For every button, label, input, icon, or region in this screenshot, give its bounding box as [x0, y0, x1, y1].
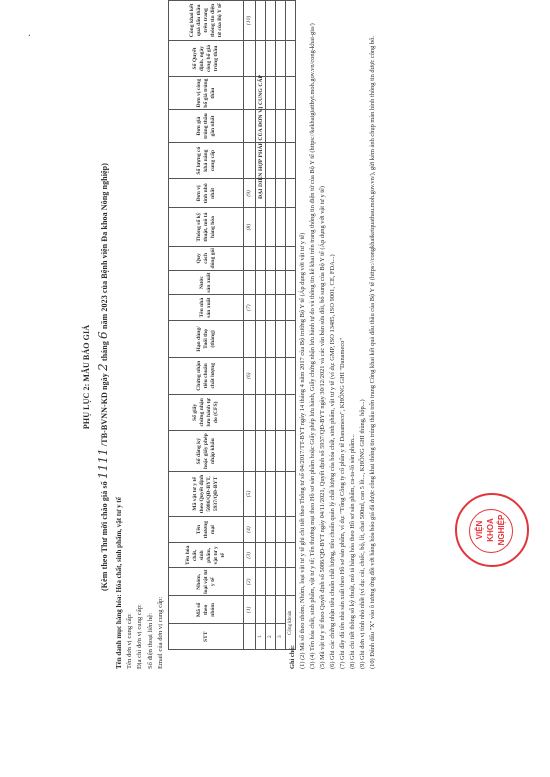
table-cell[interactable] [276, 431, 286, 472]
column-header: Chứng nhận tiêu chuẩn chất lượng [169, 357, 244, 394]
table-cell[interactable] [276, 208, 286, 246]
document-page: PHỤ LỤC 2: MẪU BÁO GIÁ (Kèm theo Thư mời… [0, 0, 550, 777]
row-index: 2 [266, 624, 276, 650]
table-cell[interactable] [266, 270, 276, 294]
table-cell[interactable] [276, 110, 286, 143]
stamp-line3: NGHIỆP [497, 495, 506, 565]
table-cell[interactable] [276, 77, 286, 110]
table-cell[interactable] [256, 295, 266, 321]
supplier-email-label: Email của đơn vị cung cấp: [156, 497, 167, 669]
corner-mark: · [25, 34, 36, 37]
column-header: Thông số kỹ thuật, mô tả hàng hóa [169, 208, 244, 246]
contact-phone-label: Số điện thoại liên hệ: [146, 497, 157, 669]
column-header: Đơn vị tính nhỏ nhất [169, 179, 244, 208]
column-number [244, 394, 256, 430]
table-header-row: STTMã số theo nhómNhóm, loại vật tư y tế… [169, 1, 244, 650]
table-row: 2 [266, 1, 276, 650]
column-number: (8) [244, 208, 256, 246]
column-header: Hạn dùng/ Tuổi thọ (tháng) [169, 321, 244, 358]
table-cell[interactable] [276, 596, 286, 624]
table-cell[interactable] [266, 295, 276, 321]
note-item: (7) Ghi đầy đủ tên nhà sản xuất theo Hồ … [338, 19, 348, 669]
signature-label: ĐẠI DIỆN HỢP PHÁP CỦA ĐƠN VỊ CUNG CẤP [258, 75, 264, 199]
table-cell[interactable] [276, 179, 286, 208]
table-cell[interactable] [266, 516, 276, 543]
category-label: Tên danh mục hàng hóa: Hóa chất, sinh ph… [114, 497, 125, 669]
table-cell[interactable] [266, 321, 276, 358]
column-header: Số Quyết định, ngày công bố giá trúng th… [169, 40, 244, 76]
column-header: Tên thương mại [169, 516, 244, 543]
column-number [244, 40, 256, 76]
table-cell[interactable] [276, 543, 286, 568]
column-header: STT [169, 624, 244, 650]
supplier-name-label: Tên đơn vị cung cấp: [125, 497, 136, 669]
document-title: PHỤ LỤC 2: MẪU BÁO GIÁ [82, 97, 91, 657]
subtitle-mid1: /TB-BVNN-KD ngày [100, 373, 109, 446]
note-item: (3) (4) Tên hóa chất, sinh phẩm, vật tư … [308, 19, 318, 669]
table-cell[interactable] [276, 246, 286, 270]
table-cell[interactable] [266, 1, 276, 41]
table-cell[interactable] [256, 596, 266, 624]
stamp-line1: VIỆN [475, 495, 484, 565]
table-cell[interactable] [256, 516, 266, 543]
table-cell[interactable] [276, 568, 286, 596]
column-header: Mã số theo nhóm [169, 596, 244, 624]
row-index: 3 [276, 624, 286, 650]
table-cell[interactable] [256, 40, 266, 76]
quotation-table: STTMã số theo nhómNhóm, loại vật tư y tế… [168, 0, 296, 650]
column-header: Tên hóa chất, sinh phẩm, vật tư y tế [169, 543, 244, 568]
table-cell[interactable] [266, 110, 276, 143]
table-cell[interactable] [266, 40, 276, 76]
column-number [244, 431, 256, 472]
column-header: Số giấy chứng nhận lưu hành tự do (CFS) [169, 394, 244, 430]
table-cell[interactable] [266, 394, 276, 430]
table-cell[interactable] [256, 431, 266, 472]
column-number [244, 142, 256, 178]
table-cell[interactable] [276, 40, 286, 76]
column-header: Đơn giá trúng thầu gần nhất [169, 110, 244, 143]
handwritten-number: 1111 [96, 448, 110, 479]
subtitle-mid2: tháng [100, 341, 109, 361]
row-index: 1 [256, 624, 266, 650]
column-number: (2) [244, 568, 256, 596]
column-number: (9) [244, 179, 256, 208]
column-number [244, 246, 256, 270]
table-cell[interactable] [266, 596, 276, 624]
table-cell[interactable] [266, 142, 276, 178]
supplier-meta: Tên danh mục hàng hóa: Hóa chất, sinh ph… [114, 497, 167, 669]
note-item: (8) Ghi chi tiết thông số kỹ thuật, mô t… [348, 19, 358, 669]
note-item: (9) Ghi đơn vị tính nhỏ nhất (ví dụ: cái… [358, 19, 368, 669]
stamp-line2: KHOA [486, 495, 495, 565]
column-number: (1) [244, 596, 256, 624]
table-cell[interactable] [276, 1, 286, 41]
table-cell[interactable] [276, 142, 286, 178]
table-cell[interactable] [276, 295, 286, 321]
table-cell[interactable] [276, 357, 286, 394]
document-subtitle: (Kèm theo Thư mời chào giá số 1111 /TB-B… [96, 57, 110, 697]
column-header: Mã vật tư y tế theo Quyết định 5086/QĐ-B… [169, 472, 244, 517]
column-header: Nhóm, loại vật tư y tế [169, 568, 244, 596]
column-number-row: (1)(2)(3)(4)(5)(6)(7)(8)(9)(10) [244, 1, 256, 650]
table-cell[interactable] [256, 1, 266, 41]
table-cell[interactable] [276, 394, 286, 430]
table-cell[interactable] [256, 543, 266, 568]
handwritten-day: 2 [96, 363, 110, 371]
table-row: 3 [276, 1, 286, 650]
column-header: Nước sản xuất [169, 270, 244, 294]
column-number: (3) [244, 543, 256, 568]
column-number: (6) [244, 357, 256, 394]
column-number [244, 321, 256, 358]
subtitle-prefix: (Kèm theo Thư mời chào giá số [100, 481, 109, 591]
column-number: (7) [244, 295, 256, 321]
table-cell[interactable] [276, 516, 286, 543]
column-number [244, 270, 256, 294]
table-cell[interactable] [266, 246, 276, 270]
notes-section: Ghi chú: (1) (2) Mã số theo nhóm; Nhóm, … [288, 19, 378, 669]
supplier-address-label: Địa chỉ đơn vị cung cấp: [135, 497, 146, 669]
table-cell[interactable] [276, 321, 286, 358]
table-cell[interactable] [256, 394, 266, 430]
table-cell[interactable] [266, 179, 276, 208]
table-cell[interactable] [256, 568, 266, 596]
column-header: Số đăng ký hoặc giấy phép nhập khẩu [169, 431, 244, 472]
column-number [244, 624, 256, 650]
table-cell[interactable] [256, 208, 266, 246]
table-cell[interactable] [276, 472, 286, 517]
column-header: Đơn vị công bố giá trúng thầu [169, 77, 244, 110]
red-stamp: VIỆN KHOA NGHIỆP [455, 493, 529, 567]
note-item: (1) (2) Mã số theo nhóm; Nhóm, loại vật … [298, 19, 308, 669]
table-cell[interactable] [266, 208, 276, 246]
column-header: Quy cách đóng gói [169, 246, 244, 270]
table-cell[interactable] [256, 321, 266, 358]
note-item: (10) Đánh dấu "X" vào ô tương ứng đối vớ… [368, 19, 378, 669]
table-cell[interactable] [266, 357, 276, 394]
column-header: Tên nhà sản xuất [169, 295, 244, 321]
subtitle-suffix: năm 2023 của Bệnh viện Đa khoa Nông nghi… [100, 163, 109, 329]
table-cell[interactable] [256, 246, 266, 270]
column-number: (4) [244, 516, 256, 543]
note-item: (5) Mã vật tư y tế theo Quyết định số 50… [318, 19, 328, 669]
column-header: Công khai kết quả đấu thầu trên trang th… [169, 1, 244, 41]
table-cell[interactable] [266, 543, 276, 568]
column-header: Số lượng có khả năng cung cấp [169, 142, 244, 178]
handwritten-month: 6 [96, 331, 110, 339]
column-number [244, 77, 256, 110]
column-number: (10) [244, 1, 256, 41]
notes-heading: Ghi chú: [288, 19, 298, 669]
table-cell[interactable] [266, 472, 276, 517]
table-cell[interactable] [266, 77, 276, 110]
table-cell[interactable] [276, 270, 286, 294]
column-number [244, 110, 256, 143]
table-cell[interactable] [256, 472, 266, 517]
note-item: (6) Ghi các chứng nhận tiêu chuẩn chất l… [328, 19, 338, 669]
table-cell[interactable] [266, 431, 276, 472]
column-number: (5) [244, 472, 256, 517]
table-cell[interactable] [256, 270, 266, 294]
table-cell[interactable] [266, 568, 276, 596]
table-cell[interactable] [256, 357, 266, 394]
